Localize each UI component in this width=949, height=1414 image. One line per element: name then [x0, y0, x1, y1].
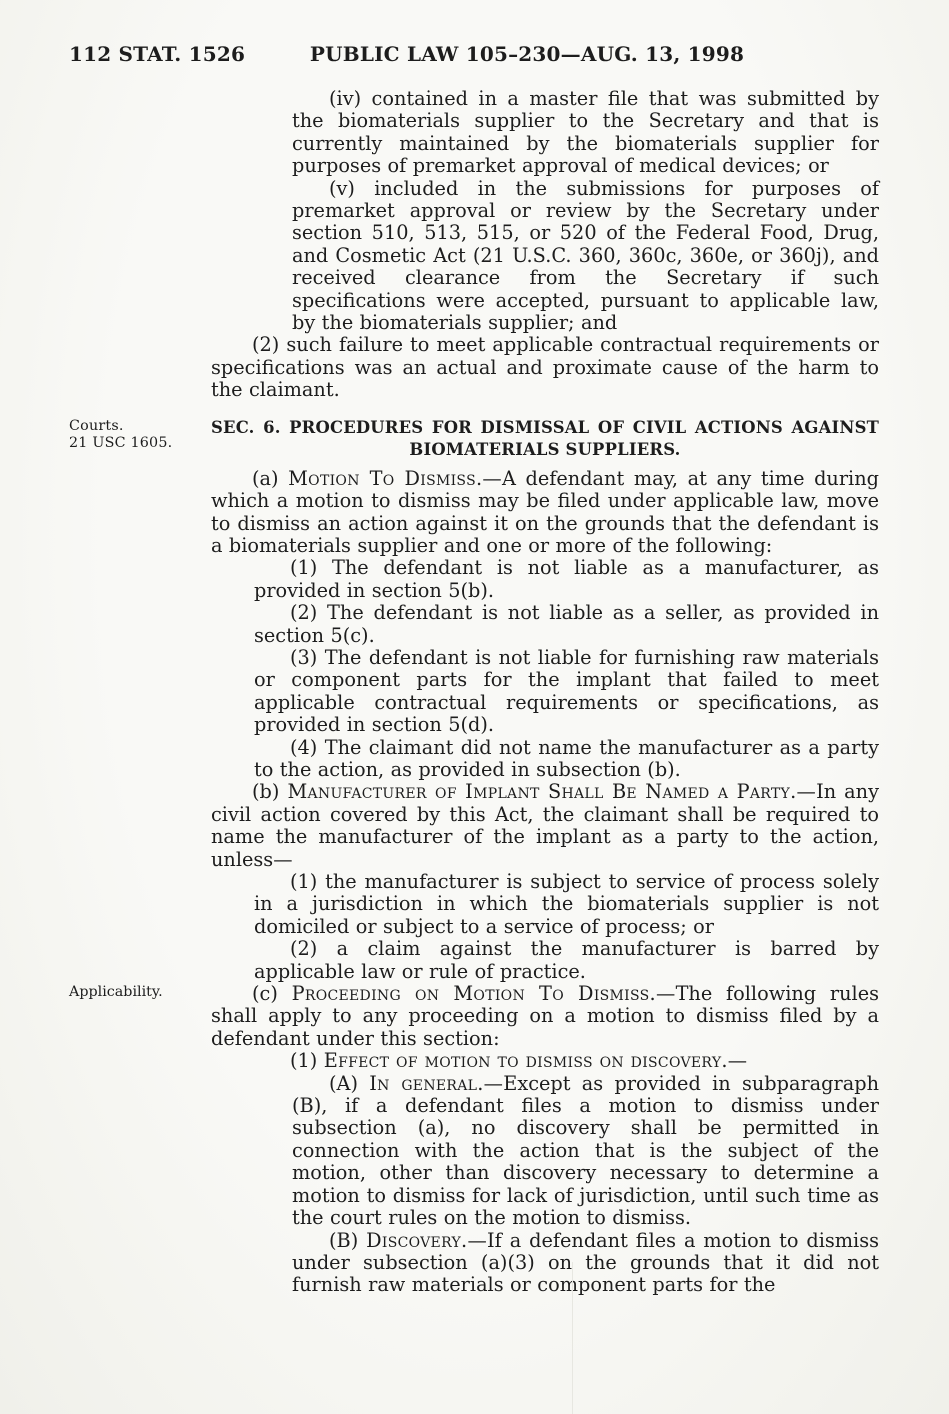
text-run: (a) [252, 467, 288, 490]
margin-note-line: Courts. [69, 418, 201, 436]
small-caps-run: Effect of motion to dismiss on discovery… [324, 1049, 748, 1072]
statute-paragraph: (2) The defendant is not liable as a sel… [254, 602, 879, 647]
text-run: (1) [290, 1049, 324, 1072]
statute-paragraph: (2) such failure to meet applicable cont… [211, 334, 879, 401]
small-caps-run: Manufacturer of Implant Shall Be Named a… [287, 780, 816, 803]
text-run: (1) The defendant is not liable as a man… [254, 556, 879, 601]
text-run: Except as provided in subparagraph (B), … [292, 1072, 879, 1229]
statute-paragraph: (v) included in the submissions for purp… [292, 178, 879, 335]
section-heading-line: SEC. 6. PROCEDURES FOR DISMISSAL OF CIVI… [211, 417, 879, 439]
margin-note: Applicability. [69, 984, 201, 1002]
statute-paragraph: (4) The claimant did not name the manufa… [254, 737, 879, 782]
section-heading-line: BIOMATERIALS SUPPLIERS. [211, 439, 879, 461]
text-run: (2) a claim against the manufacturer is … [254, 937, 879, 982]
statute-paragraph: (1) the manufacturer is subject to servi… [254, 871, 879, 938]
text-run: (B) [329, 1229, 366, 1252]
text-run: (2) The defendant is not liable as a sel… [254, 601, 879, 646]
statute-paragraph: (2) a claim against the manufacturer is … [254, 938, 879, 983]
small-caps-run: Proceeding on Motion To Dismiss.— [292, 982, 676, 1005]
statute-paragraph: (b) Manufacturer of Implant Shall Be Nam… [211, 781, 879, 871]
public-law-title: PUBLIC LAW 105–230—AUG. 13, 1998 [211, 42, 843, 66]
text-run: (b) [252, 780, 287, 803]
margin-note-line: Applicability. [69, 984, 201, 1002]
margin-note: Courts.21 USC 1605. [69, 418, 201, 453]
statute-page: 112 STAT. 1526 PUBLIC LAW 105–230—AUG. 1… [0, 0, 949, 1414]
text-run: (3) The defendant is not liable for furn… [254, 646, 879, 736]
margin-note-line: 21 USC 1605. [69, 435, 201, 453]
running-head: 112 STAT. 1526 PUBLIC LAW 105–230—AUG. 1… [0, 42, 949, 70]
small-caps-run: Discovery.— [366, 1229, 487, 1252]
scan-crease [572, 1262, 573, 1414]
text-run: (2) such failure to meet applicable cont… [211, 333, 879, 401]
text-run: (iv) contained in a master file that was… [292, 87, 879, 177]
statute-body: (iv) contained in a master file that was… [211, 88, 879, 1297]
small-caps-run: Motion To Dismiss.— [288, 467, 502, 490]
statute-paragraph: (c) Proceeding on Motion To Dismiss.—The… [211, 983, 879, 1050]
statute-paragraph: (iv) contained in a master file that was… [292, 88, 879, 178]
text-run: (v) included in the submissions for purp… [292, 177, 879, 334]
statute-paragraph: (3) The defendant is not liable for furn… [254, 647, 879, 737]
text-run: (1) the manufacturer is subject to servi… [254, 870, 879, 938]
statute-paragraph: (1) The defendant is not liable as a man… [254, 557, 879, 602]
statute-paragraph: (B) Discovery.—If a defendant files a mo… [292, 1230, 879, 1297]
small-caps-run: In general.— [369, 1072, 503, 1095]
statute-paragraph: (A) In general.—Except as provided in su… [292, 1073, 879, 1230]
text-run: (A) [329, 1072, 369, 1095]
section-heading: SEC. 6. PROCEDURES FOR DISMISSAL OF CIVI… [211, 417, 879, 461]
statute-paragraph: (1) Effect of motion to dismiss on disco… [254, 1050, 879, 1072]
statute-paragraph: (a) Motion To Dismiss.—A defendant may, … [211, 468, 879, 558]
text-run: (c) [252, 982, 292, 1005]
text-run: (4) The claimant did not name the manufa… [254, 736, 879, 781]
